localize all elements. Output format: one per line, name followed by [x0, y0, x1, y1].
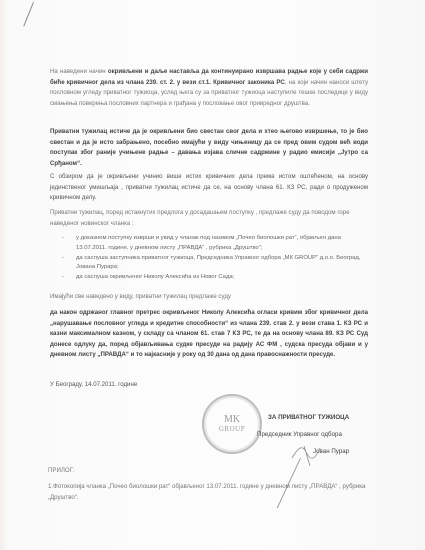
- paragraph-1-lead: На наведени начин: [50, 68, 106, 75]
- bullet-item: - да саслуша заступника приватног тужиоц…: [62, 254, 362, 274]
- stamp-line-1: MK: [224, 415, 240, 425]
- attachment-item: 1.Фотокопија чланка „Почео биолошки рат“…: [48, 482, 368, 503]
- place-date: У Београду, 14.07.2011. године: [50, 380, 368, 391]
- bullet-item: - да саслуша окривљеног Николу Алексића …: [62, 273, 362, 283]
- company-stamp: MK GROUP: [202, 394, 262, 454]
- attachment-heading: ПРИЛОГ:: [48, 466, 366, 477]
- paragraph-3: С обзиром да је окривљени учинио више ис…: [50, 172, 368, 204]
- bullet-text: да саслуша заступника приватног тужиоца,…: [76, 255, 360, 271]
- bullet-marker: -: [62, 273, 64, 283]
- bullet-list: - у доказном поступку изврши и увид у чл…: [62, 234, 362, 283]
- bullet-marker: -: [62, 234, 64, 244]
- stamp-line-2: GROUP: [219, 425, 245, 433]
- bullet-item: - у доказном поступку изврши и увид у чл…: [62, 234, 362, 254]
- pen-mark: [23, 2, 34, 26]
- signature-role: Председник Управног одбора: [257, 431, 342, 438]
- paragraph-6: да након одржаног главног претрес окривљ…: [50, 308, 368, 361]
- paragraph-1: На наведени начин окривљени и даље наста…: [50, 67, 368, 109]
- paragraph-2: Приватни тужилац истиче да је окривљени …: [50, 127, 368, 169]
- paragraph-5: Имајући све наведено у виду, приватни ту…: [50, 292, 368, 303]
- bullet-text: да саслуша окривљеног Николу Алексића из…: [76, 274, 234, 280]
- bullet-marker: -: [62, 254, 64, 264]
- bullet-text: у доказном поступку изврши и увид у члан…: [76, 235, 341, 251]
- scanned-document-page: На наведени начин окривљени и даље наста…: [0, 0, 425, 550]
- signature-title: ЗА ПРИВАТНОГ ТУЖИОЦА: [268, 414, 349, 421]
- paragraph-4: Приватни тужилац, поред истакнутих предл…: [50, 208, 368, 229]
